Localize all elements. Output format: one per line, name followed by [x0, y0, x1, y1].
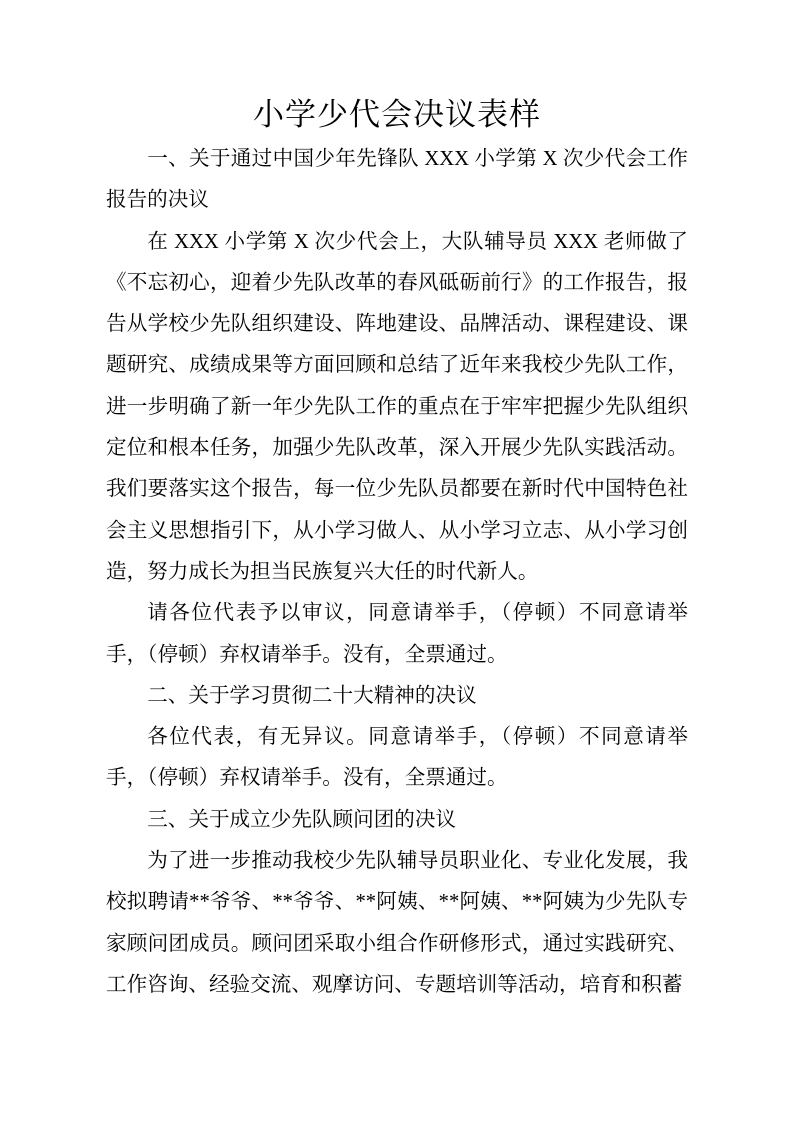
section-1-heading: 一、关于通过中国少年先锋队 XXX 小学第 X 次少代会工作报告的决议 [106, 139, 688, 222]
section-3-heading: 三、关于成立少先队顾问团的决议 [106, 800, 688, 841]
section-2-heading: 二、关于学习贯彻二十大精神的决议 [106, 676, 688, 717]
document-page: 小学少代会决议表样 一、关于通过中国少年先锋队 XXX 小学第 X 次少代会工作… [0, 0, 793, 1122]
section-2-vote-text: 各位代表，有无异议。同意请举手，（停顿）不同意请举手，（停顿）弃权请举手。没有，… [106, 717, 688, 800]
section-3-body: 为了进一步推动我校少先队辅导员职业化、专业化发展，我校拟聘请**爷爷、**爷爷、… [106, 841, 688, 1006]
section-1-report-summary: 在 XXX 小学第 X 次少代会上，大队辅导员 XXX 老师做了《不忘初心，迎着… [106, 222, 688, 594]
section-1-vote-text: 请各位代表予以审议，同意请举手，（停顿）不同意请举手，（停顿）弃权请举手。没有，… [106, 593, 688, 676]
document-title: 小学少代会决议表样 [106, 91, 688, 139]
